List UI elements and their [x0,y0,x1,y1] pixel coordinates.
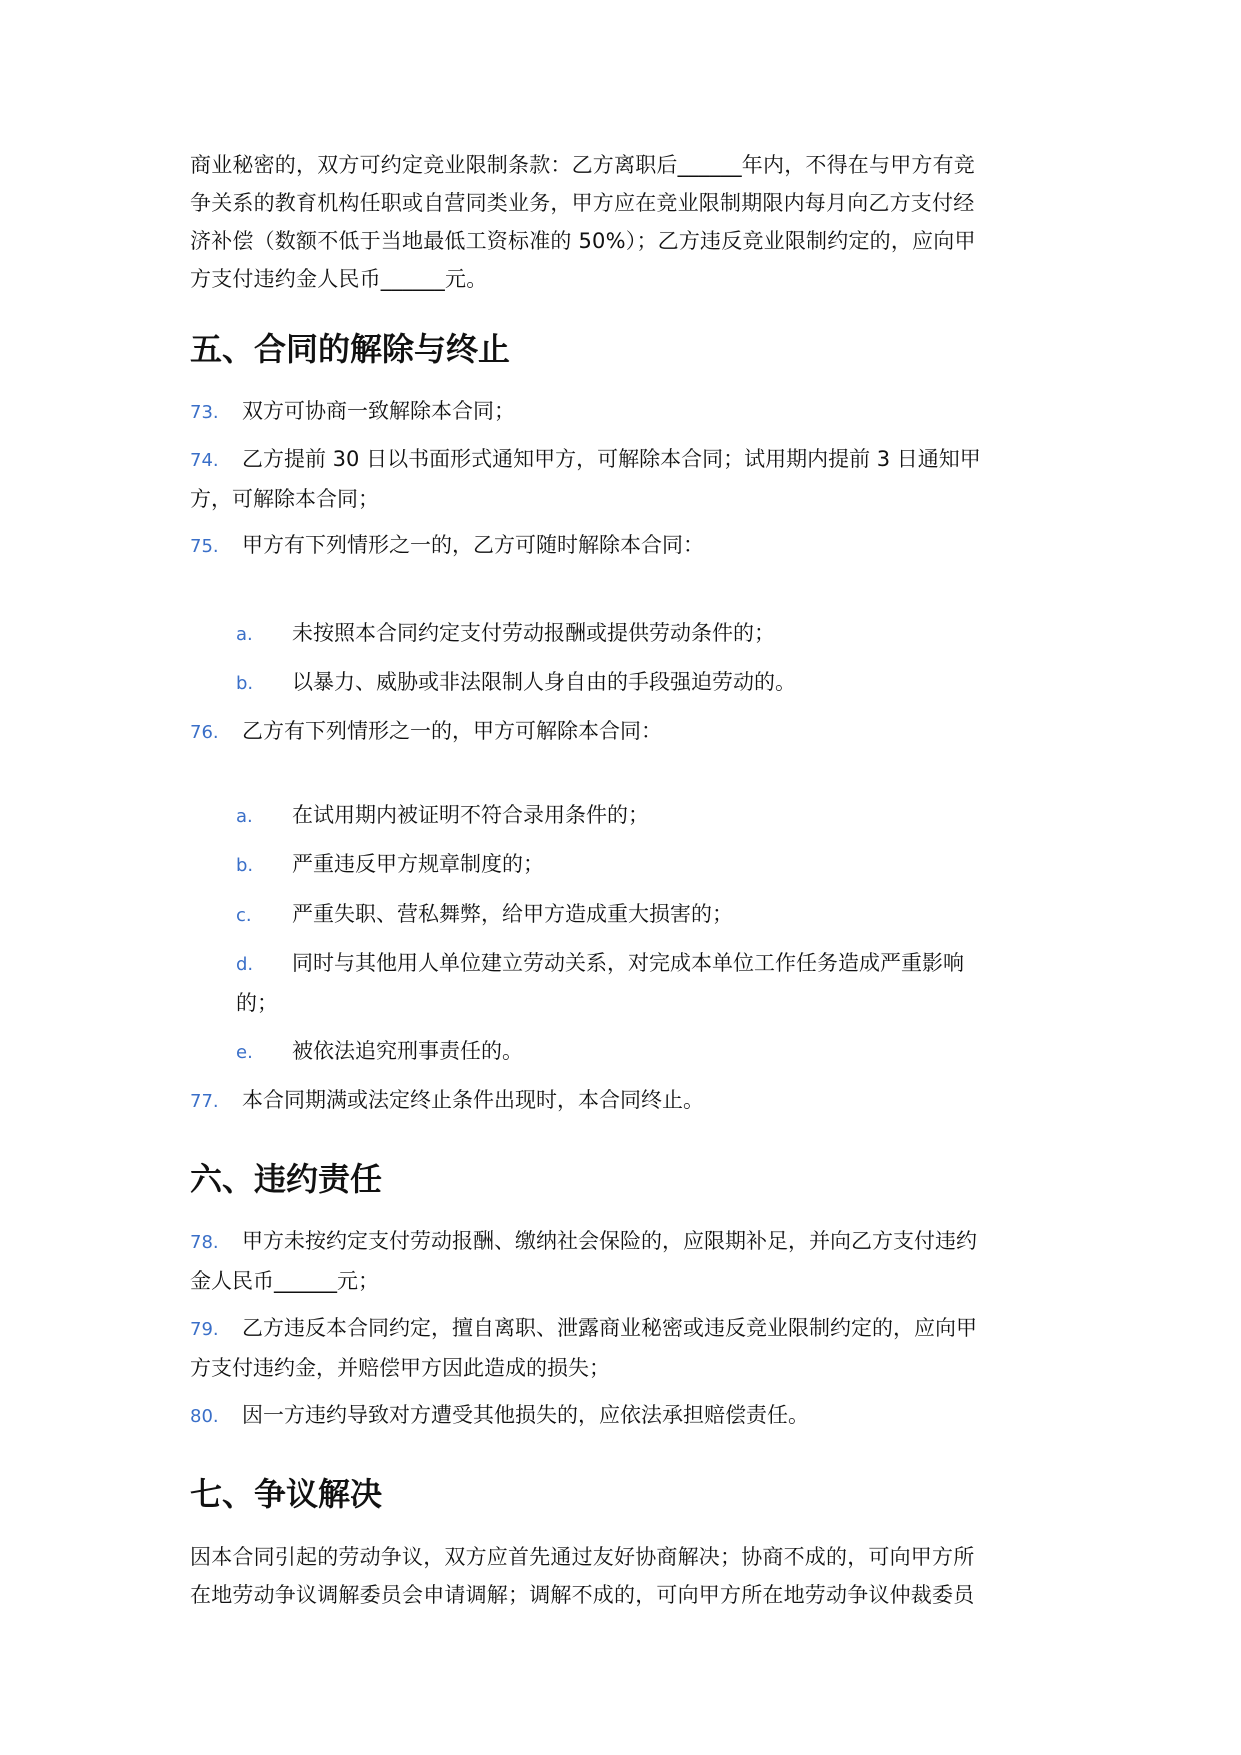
clause-79: 79.乙方违反本合同约定，擅自离职、泄露商业秘密或违反竞业限制约定的，应向甲 方… [190,1309,1050,1387]
subclause-text-cont: 的； [236,984,1050,1022]
clause-text: 甲方有下列情形之一的，乙方可随时解除本合同： [242,533,704,557]
clause-text: 乙方违反本合同约定，擅自离职、泄露商业秘密或违反竞业限制约定的，应向甲 [242,1316,977,1340]
text-line: 方支付违约金人民币______元。 [190,260,1050,298]
subclause-text: 被依法追究刑事责任的。 [292,1039,523,1063]
intro-paragraph: 商业秘密的，双方可约定竞业限制条款：乙方离职后______年内，不得在与甲方有竞… [190,146,1050,298]
clause-73: 73.双方可协商一致解除本合同； [190,392,1050,432]
subclause-75b: b.以暴力、威胁或非法限制人身自由的手段强迫劳动的。 [236,663,1050,703]
clause-number: 79. [190,1311,242,1349]
subclause-text: 以暴力、威胁或非法限制人身自由的手段强迫劳动的。 [292,670,796,694]
subclause-letter: c. [236,897,292,935]
text-line: 在地劳动争议调解委员会申请调解；调解不成的，可向甲方所在地劳动争议仲裁委员 [190,1576,1050,1614]
subclause-76d: d.同时与其他用人单位建立劳动关系，对完成本单位工作任务造成严重影响 的； [236,944,1050,1022]
clause-text: 乙方有下列情形之一的，甲方可解除本合同： [242,719,662,743]
clause-77: 77.本合同期满或法定终止条件出现时，本合同终止。 [190,1081,1050,1121]
clause-80: 80.因一方违约导致对方遭受其他损失的，应依法承担赔偿责任。 [190,1396,1050,1436]
subclause-letter: a. [236,616,292,654]
subclause-76c: c.严重失职、营私舞弊，给甲方造成重大损害的； [236,895,1050,935]
subclause-76b: b.严重违反甲方规章制度的； [236,845,1050,885]
subclause-text: 严重失职、营私舞弊，给甲方造成重大损害的； [292,902,733,926]
section-heading-7: 七、争议解决 [190,1472,382,1516]
subclause-76e: e.被依法追究刑事责任的。 [236,1032,1050,1072]
text-line: 因本合同引起的劳动争议，双方应首先通过友好协商解决；协商不成的，可向甲方所 [190,1538,1050,1576]
clause-number: 74. [190,442,242,480]
clause-number: 77. [190,1083,242,1121]
text-line: 争关系的教育机构任职或自营同类业务，甲方应在竞业限制期限内每月向乙方支付经 [190,184,1050,222]
clause-number: 78. [190,1224,242,1262]
clause-text-cont: 方支付违约金，并赔偿甲方因此造成的损失； [190,1349,1050,1387]
subclause-text: 未按照本合同约定支付劳动报酬或提供劳动条件的； [292,621,775,645]
subclause-letter: b. [236,847,292,885]
subclause-letter: a. [236,798,292,836]
clause-text: 本合同期满或法定终止条件出现时，本合同终止。 [242,1088,704,1112]
dispute-paragraph: 因本合同引起的劳动争议，双方应首先通过友好协商解决；协商不成的，可向甲方所 在地… [190,1538,1050,1614]
subclause-letter: b. [236,665,292,703]
section-heading-6: 六、违约责任 [190,1157,382,1201]
clause-number: 76. [190,714,242,752]
subclause-text: 同时与其他用人单位建立劳动关系，对完成本单位工作任务造成严重影响 [292,951,964,975]
clause-text-cont: 方，可解除本合同； [190,480,1050,518]
clause-78: 78.甲方未按约定支付劳动报酬、缴纳社会保险的，应限期补足，并向乙方支付违约 金… [190,1222,1050,1300]
text-line: 济补偿（数额不低于当地最低工资标准的 50%）；乙方违反竞业限制约定的，应向甲 [190,222,1050,260]
section-heading-5: 五、合同的解除与终止 [190,327,510,371]
clause-text: 甲方未按约定支付劳动报酬、缴纳社会保险的，应限期补足，并向乙方支付违约 [242,1229,977,1253]
clause-text: 因一方违约导致对方遭受其他损失的，应依法承担赔偿责任。 [242,1403,809,1427]
subclause-76a: a.在试用期内被证明不符合录用条件的； [236,796,1050,836]
subclause-text: 严重违反甲方规章制度的； [292,852,544,876]
clause-74: 74.乙方提前 30 日以书面形式通知甲方，可解除本合同；试用期内提前 3 日通… [190,440,1050,518]
clause-text-cont: 金人民币______元； [190,1262,1050,1300]
clause-76: 76.乙方有下列情形之一的，甲方可解除本合同： [190,712,1050,752]
subclause-letter: e. [236,1034,292,1072]
subclause-75a: a.未按照本合同约定支付劳动报酬或提供劳动条件的； [236,614,1050,654]
subclause-text: 在试用期内被证明不符合录用条件的； [292,803,649,827]
subclause-letter: d. [236,946,292,984]
text-line: 商业秘密的，双方可约定竞业限制条款：乙方离职后______年内，不得在与甲方有竞 [190,146,1050,184]
clause-text: 乙方提前 30 日以书面形式通知甲方，可解除本合同；试用期内提前 3 日通知甲 [242,447,981,471]
clause-number: 80. [190,1398,242,1436]
clause-text: 双方可协商一致解除本合同； [242,399,515,423]
clause-number: 75. [190,528,242,566]
clause-number: 73. [190,394,242,432]
clause-75: 75.甲方有下列情形之一的，乙方可随时解除本合同： [190,526,1050,566]
